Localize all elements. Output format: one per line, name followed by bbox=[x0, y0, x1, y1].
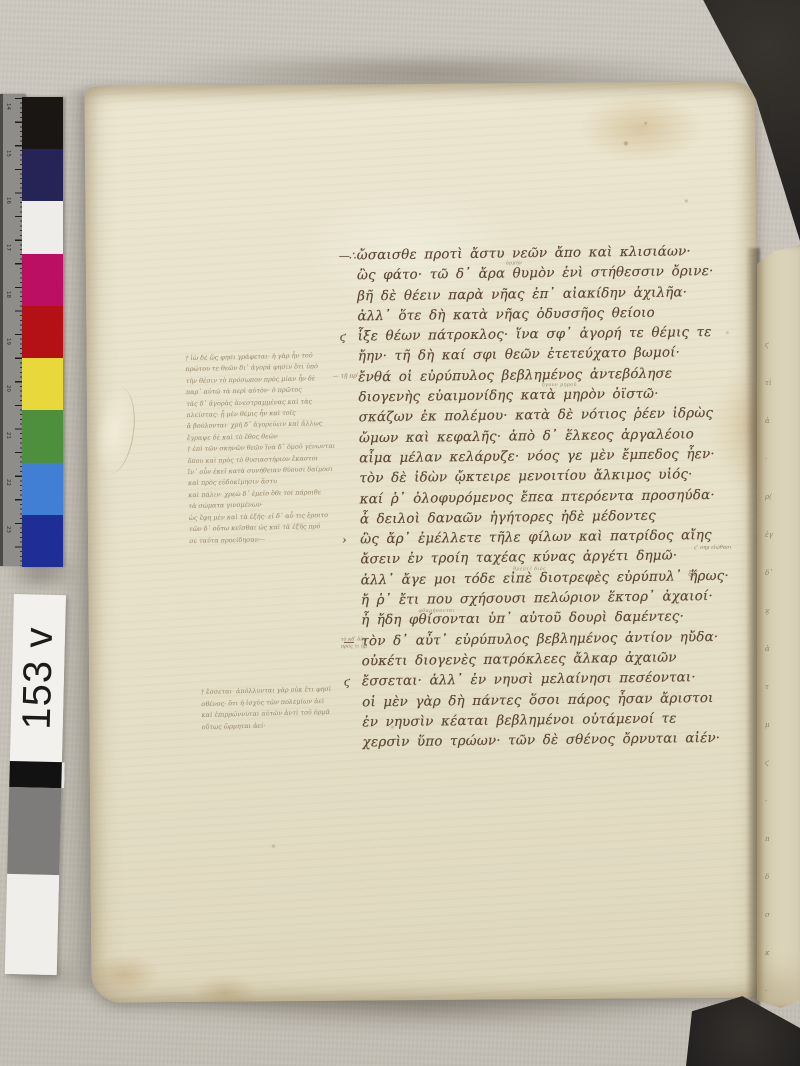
facing-page-text-mark: κ bbox=[765, 949, 773, 957]
main-text-line-text: ἦ ἤδη φθίσονται ὑπ᾿ αὐτοῦ δουρὶ δαμέντες… bbox=[361, 610, 684, 629]
color-patch bbox=[22, 254, 63, 306]
margin-note: ϛʹ σημ εἰώθασι bbox=[694, 545, 732, 552]
main-text-line-text: οὐκέτι διογενὲς πατρόκλεες ἄλκαρ ἀχαιῶν bbox=[362, 650, 677, 669]
main-text-line-text: βῆ δὲ θέειν παρὰ νῆας ἐπ᾿ αἰακίδην ἀχιλῆ… bbox=[357, 285, 687, 304]
color-patch bbox=[22, 358, 63, 410]
color-patch bbox=[22, 97, 63, 149]
facing-page-text-mark: π bbox=[765, 835, 773, 843]
interlinear-gloss: ἤγουν μηροῦ bbox=[542, 383, 577, 388]
color-patch bbox=[22, 149, 63, 201]
label-white-end-segment bbox=[5, 874, 59, 975]
facing-page-edge: ϛτὶἀ·ρ(ἐγδ᾿ϗἀτμϛ·πδσκ· bbox=[757, 245, 800, 1008]
facing-page-text-mark: τὶ bbox=[765, 379, 773, 387]
facing-page-text-mark: ἀ bbox=[765, 417, 773, 425]
margin-note: τὸ κδʹ ὅλμ πρός τι ἧμ bbox=[341, 636, 367, 650]
scholia-block-lower: † ἔσσεται· ἀπόλλυνται γὰρ οὐκ ἔτι φησὶσθ… bbox=[201, 683, 360, 733]
main-text-line-text: ἆ δειλοὶ δαναῶν ἡγήτορες ἠδὲ μέδοντες bbox=[360, 509, 656, 528]
main-text-line-text: ὣς φάτο· τῶ δ᾿ ἄρα θυμὸν ἐνὶ στήθεσσιν ὄ… bbox=[357, 264, 714, 283]
margin-note: ζτʹ. bbox=[688, 571, 700, 578]
ruler-number: 23 bbox=[1, 526, 15, 534]
facing-page-text-mark: δ bbox=[765, 873, 773, 881]
ruler-number: 14 bbox=[1, 103, 15, 111]
facing-page-text-mark: ϛ bbox=[765, 341, 773, 349]
ruler-number: 20 bbox=[1, 385, 15, 393]
main-text-line-text: ἔνθά οἱ εὐρύπυλος βεβλημένος ἀντεβόλησε bbox=[358, 366, 672, 385]
main-text-line: χερσὶν ὕπο τρώων· τῶν δὲ σθένος ὄρνυται … bbox=[363, 729, 755, 754]
folio-number-label: 153 v bbox=[14, 626, 61, 730]
facing-page-text-mark: δ᾿ bbox=[765, 569, 773, 577]
ruler-number-column: 14151617181920212223 bbox=[4, 100, 12, 537]
main-text-block: —∴ ὤσαισθε προτὶ ἄστυ νεῶν ἄπο καὶ κλισι… bbox=[357, 242, 755, 754]
folio-label-strip: 153 v bbox=[5, 594, 66, 975]
color-calibration-bar bbox=[22, 97, 63, 567]
interlinear-gloss: φθαρήσονται bbox=[419, 609, 455, 614]
ruler-number: 15 bbox=[1, 150, 15, 158]
facing-page-text-mark: ϛ bbox=[765, 759, 773, 767]
main-text-line-text: διογενὴς εὐαιμονίδης κατὰ μηρὸν ὀϊστῶ· bbox=[358, 387, 658, 406]
facing-page-text-mark: τ bbox=[765, 683, 773, 691]
main-text-line-text: ὤμων καὶ κεφαλῆς· ἀπὸ δ᾿ ἕλκεος ἀργαλέοι… bbox=[359, 427, 694, 446]
label-black-segment bbox=[9, 761, 65, 788]
main-text-line-text: οἱ μὲν γὰρ δὴ πάντες ὅσοι πάρος ἦσαν ἄρι… bbox=[362, 691, 714, 710]
main-text-line-text: σκάζων ἐκ πολέμου· κατὰ δὲ νότιος ῥέεν ἱ… bbox=[359, 406, 714, 425]
facing-page-text-mark: · bbox=[765, 987, 773, 995]
facing-page-text-mark: ρ( bbox=[765, 493, 773, 501]
ruler-number: 17 bbox=[1, 244, 15, 252]
parchment-repair-patch bbox=[90, 384, 140, 476]
foxing-spots bbox=[84, 87, 86, 89]
color-patch bbox=[22, 306, 63, 358]
main-text-line-text: ἀλλ᾿ ὅτε δὴ κατὰ νῆας ὀδυσσῆος θείοιο bbox=[357, 306, 655, 325]
manuscript-photo: —∴ ὤσαισθε προτὶ ἄστυ νεῶν ἄπο καὶ κλισι… bbox=[0, 0, 800, 1066]
line-lead-mark: ϛ bbox=[340, 328, 358, 349]
ruler-number: 19 bbox=[1, 338, 15, 346]
color-patch bbox=[22, 463, 63, 515]
main-text-line-text: ἤην· τῆ δὴ καί σφι θεῶν ἐτετεύχατο βωμοί… bbox=[358, 346, 680, 365]
facing-page-text-mark: σ bbox=[765, 911, 773, 919]
manuscript-page: —∴ ὤσαισθε προτὶ ἄστυ νεῶν ἄπο καὶ κλισι… bbox=[84, 81, 761, 1002]
main-text-line-text: τὸν δὲ ἰδὼν ᾤκτειρε μενοιτίου ἄλκιμος υἱ… bbox=[359, 468, 692, 487]
main-text-line-text: χερσὶν ὕπο τρώων· τῶν δὲ σθένος ὄρνυται … bbox=[363, 731, 721, 750]
main-text-line-text: ἐν νηυσὶν κέαται βεβλημένοι οὐτάμενοί τε bbox=[362, 711, 676, 730]
label-gray-segment bbox=[7, 787, 61, 875]
facing-page-text-mark: μ bbox=[765, 721, 773, 729]
line-lead-mark: —∴ bbox=[339, 246, 357, 267]
margin-note: — τῇ πρʹ bbox=[333, 373, 359, 380]
color-patch bbox=[22, 410, 63, 462]
main-text-line-text: ἔσσεται· ἀλλ᾿ ἐν νηυσὶ μελαίνησι πεσέοντ… bbox=[362, 670, 696, 689]
main-text-line-text: τὸν δ᾿ αὖτ᾿ εὐρύπυλος βεβλημένος ἀντίον … bbox=[361, 630, 718, 649]
main-text-line-text: καί ῥ᾿ ὀλοφυρόμενος ἔπεα πτερόεντα προση… bbox=[360, 488, 715, 507]
facing-page-text-column: ϛτὶἀ·ρ(ἐγδ᾿ϗἀτμϛ·πδσκ· bbox=[765, 341, 773, 995]
main-text-line-text: ἤ ῥ᾿ ἔτι που σχήσουσι πελώριον ἕκτορ᾿ ἀχ… bbox=[361, 589, 713, 608]
interlinear-gloss: ὁρμήν bbox=[506, 261, 523, 266]
main-text-line-text: αἷμα μέλαν κελάρυζε· νόος γε μὲν ἔμπεδος… bbox=[359, 447, 715, 466]
facing-page-text-mark: ἀ bbox=[765, 645, 773, 653]
label-white-segment: 153 v bbox=[10, 594, 66, 762]
facing-page-text-mark: ἐγ bbox=[765, 531, 773, 539]
facing-page-text-mark: · bbox=[765, 797, 773, 805]
ruler-number: 16 bbox=[1, 197, 15, 205]
facing-page-text-mark: · bbox=[765, 455, 773, 463]
color-patch bbox=[22, 201, 63, 253]
main-text-line-text: ὤσαισθε προτὶ ἄστυ νεῶν ἄπο καὶ κλισιάων… bbox=[357, 244, 691, 263]
ruler-number: 18 bbox=[1, 291, 15, 299]
main-text-line-text: ἄσειν ἐν τροίη ταχέας κύνας ἀργέτι δημῶ· bbox=[360, 549, 677, 568]
ruler-number: 22 bbox=[1, 479, 15, 487]
main-text-line-text: ὣς ἄρ᾿ ἐμέλλετε τῆλε φίλων καὶ πατρίδος … bbox=[360, 528, 712, 547]
ruler-number: 21 bbox=[1, 432, 15, 440]
facing-page-text-mark: ϗ bbox=[765, 607, 773, 615]
interlinear-gloss: θρεπτὲ διός bbox=[513, 567, 546, 572]
main-text-line-text: ἷξε θέων πάτροκλος· ἵνα σφ᾿ ἀγορή τε θέμ… bbox=[358, 325, 712, 344]
color-patch bbox=[22, 515, 63, 567]
